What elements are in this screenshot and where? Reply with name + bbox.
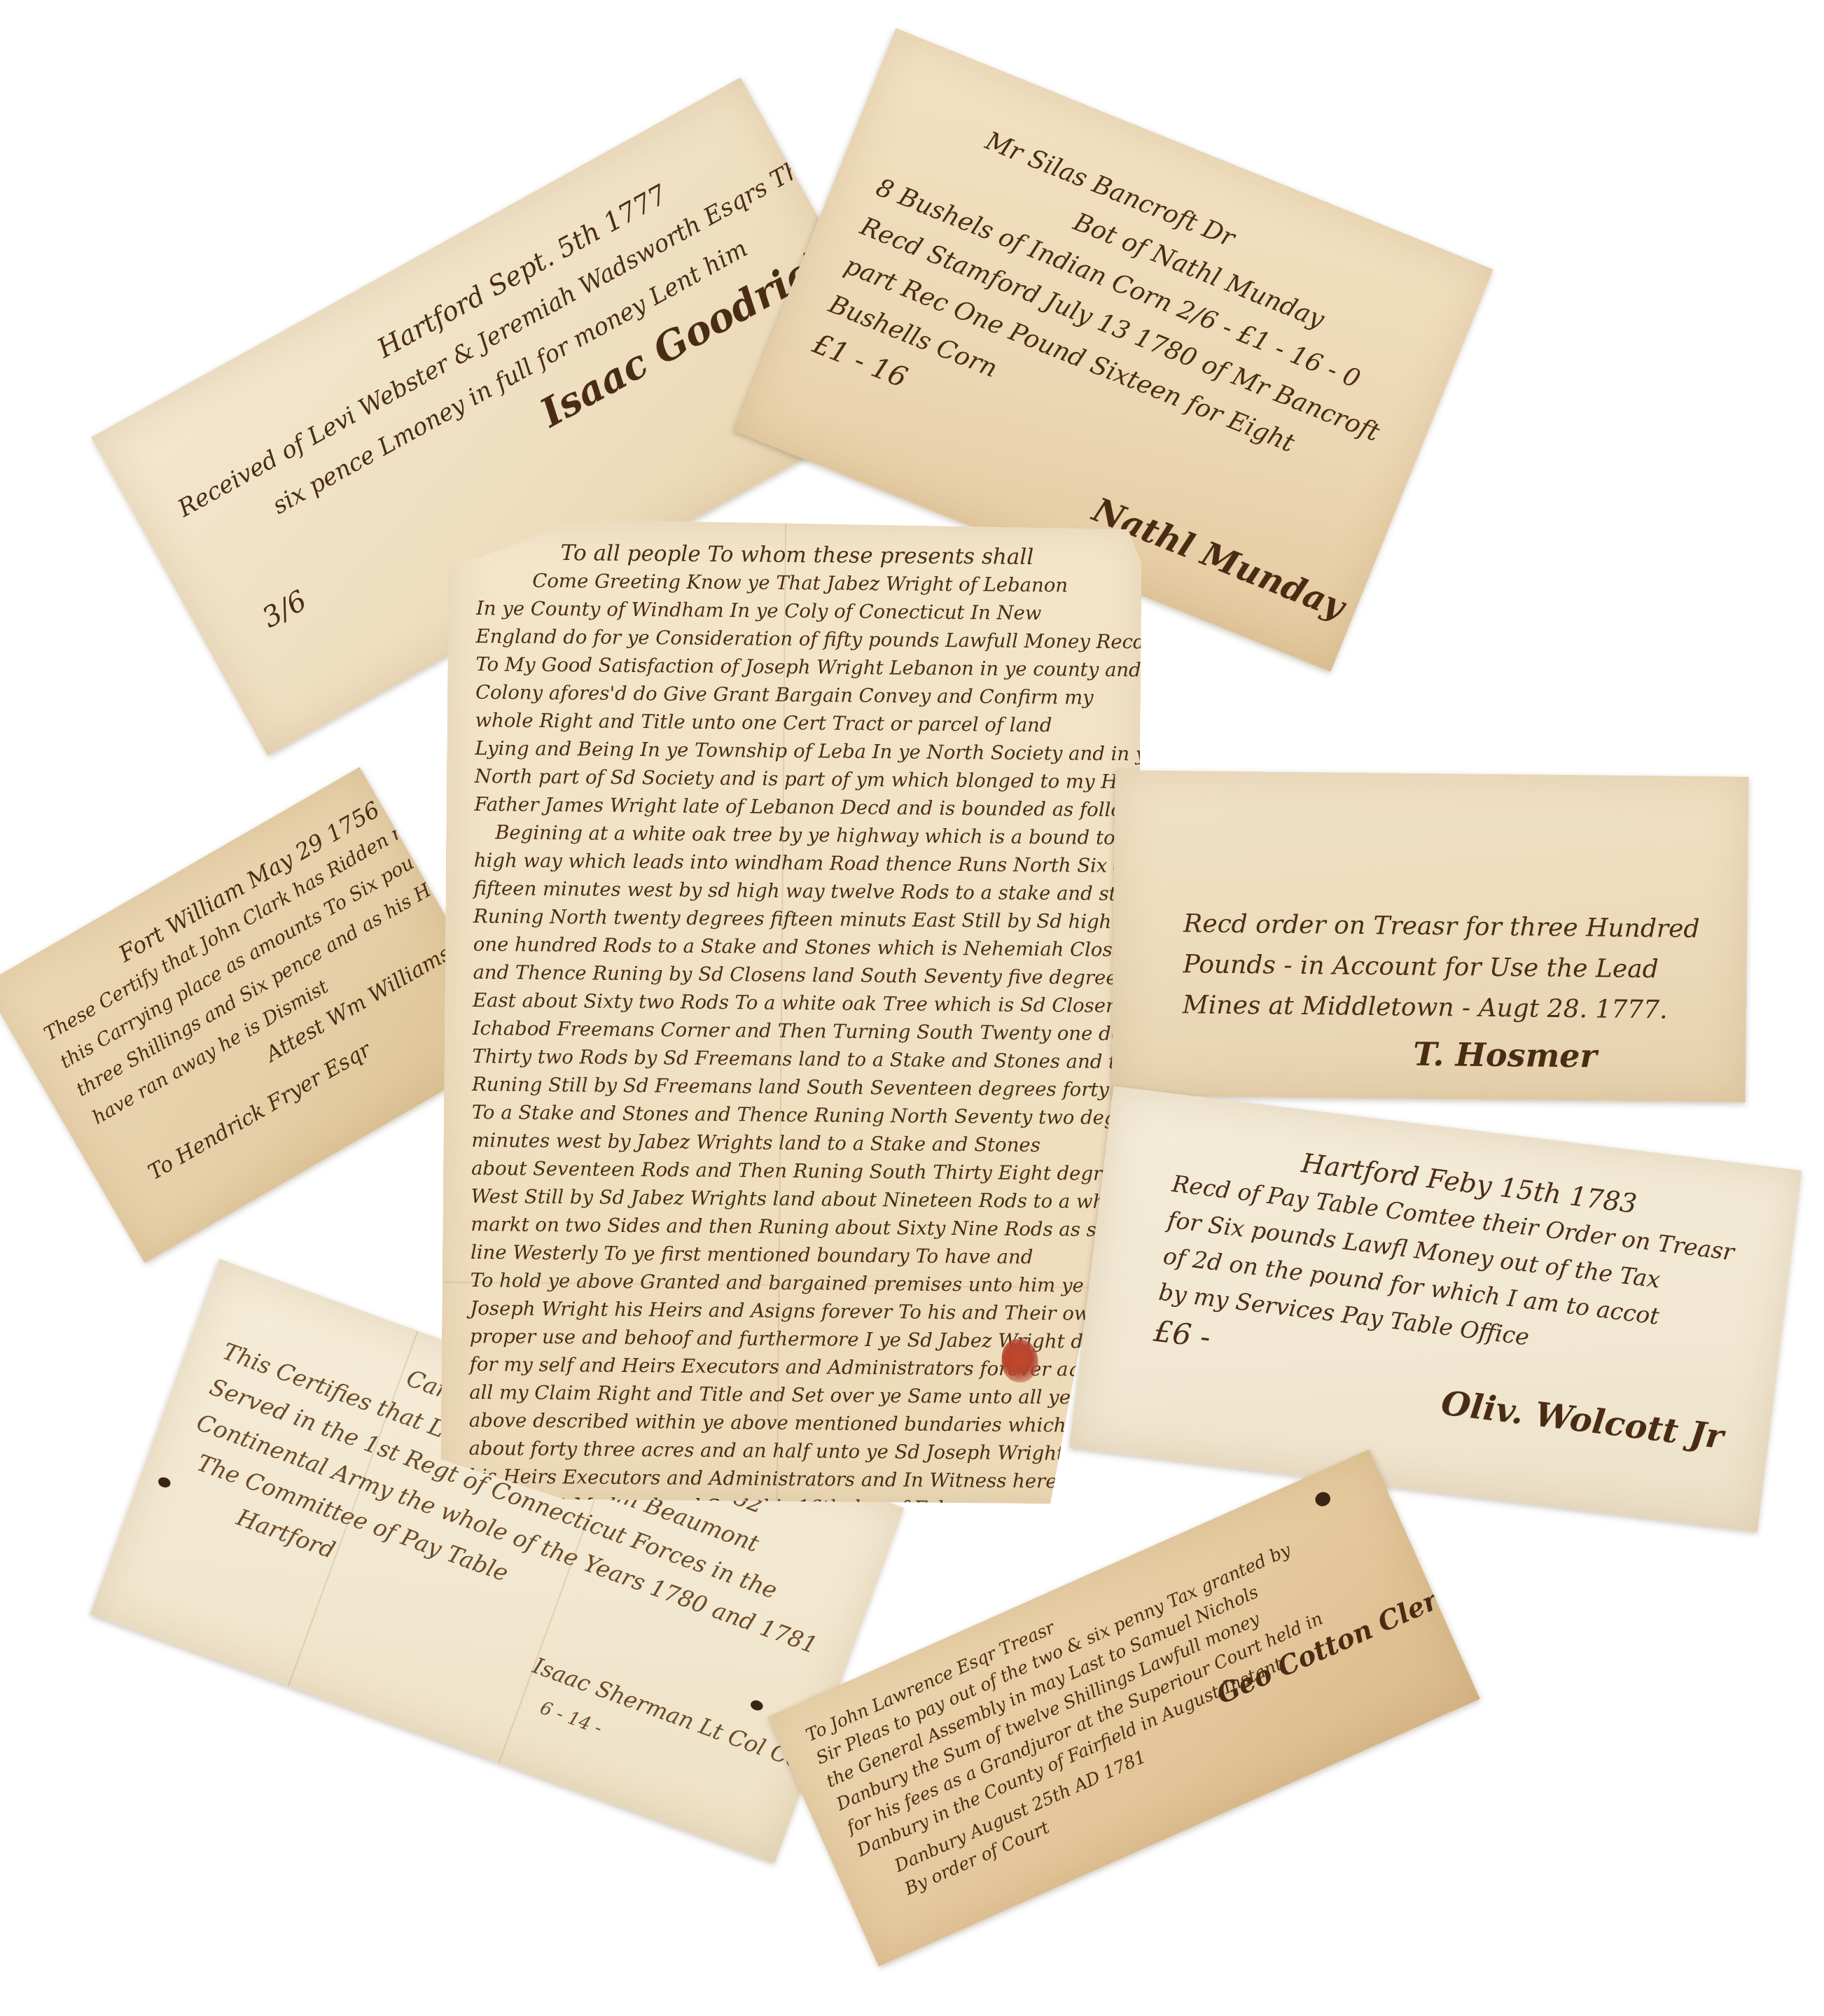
ink-blot xyxy=(157,1476,172,1489)
hosmer-lead-mines-order: Recd order on Treasr for three Hundred P… xyxy=(1112,770,1749,1102)
order-line: Mines at Middletown - Augt 28. 1777. xyxy=(1183,985,1719,1031)
red-wax-seal xyxy=(1001,1339,1038,1382)
document-collection-photo: Hartford Sept. 5th 1777 Received of Levi… xyxy=(0,0,1824,2016)
wolcott-pay-table-receipt: Hartford Feby 15th 1783 Recd of Pay Tabl… xyxy=(1069,1086,1802,1532)
fort-william-certificate: Fort William May 29 1756 These Certify t… xyxy=(0,767,520,1263)
wright-land-deed: To all people To whom these presents sha… xyxy=(440,519,1142,1505)
order-line: Pounds - in Account for Use the Lead xyxy=(1183,944,1719,990)
signature: T. Hosmer xyxy=(1182,1031,1718,1077)
order-line: Recd order on Treasr for three Hundred xyxy=(1183,904,1720,950)
